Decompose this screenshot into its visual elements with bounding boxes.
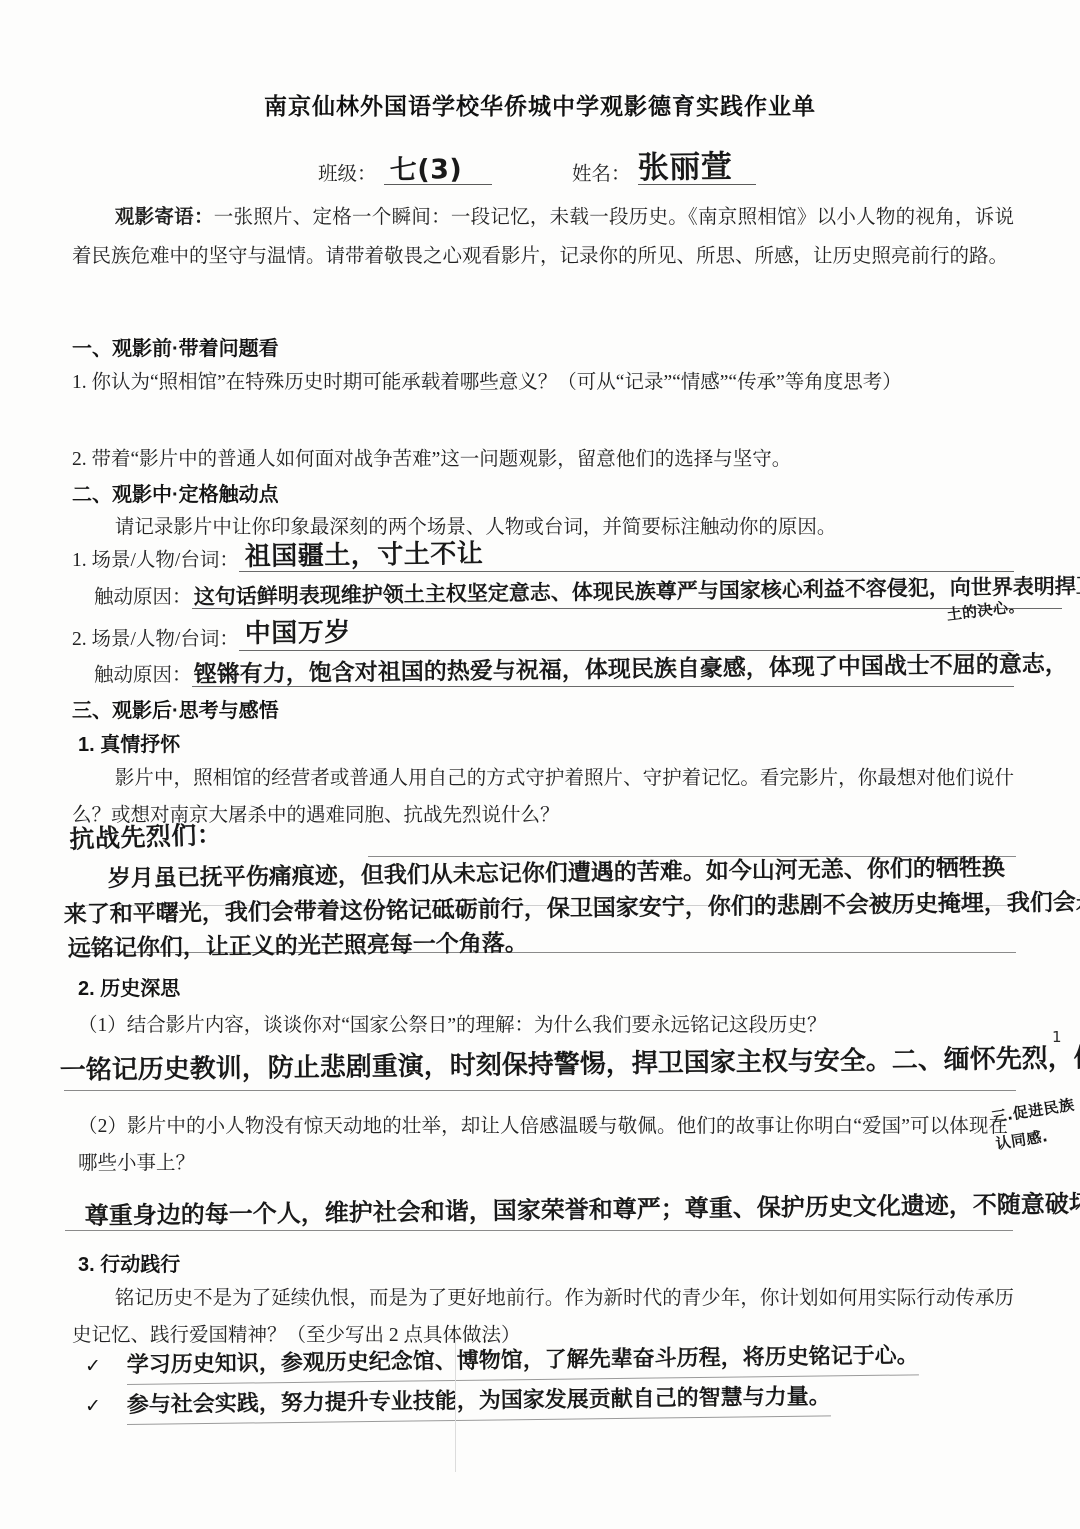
scene1-row: 1. 场景/人物/台词： 祖国疆土，寸土不让	[72, 541, 1014, 572]
name-blank: 张丽萱	[638, 144, 756, 185]
page-title: 南京仙林外国语学校华侨城中学观影德育实践作业单	[0, 88, 1080, 121]
scene2-answer-handwritten: 中国万岁	[244, 612, 350, 650]
reason2-label: 触动原因：	[94, 659, 192, 687]
reason1-row: 触动原因： 这句话鲜明表现维护领土主权坚定意志、体现民族尊严与国家核心利益不容侵…	[94, 578, 1062, 609]
sub2-heading: 2. 历史深思	[78, 972, 180, 1001]
checkmark-icon: ✓	[85, 1355, 101, 1377]
foreword-label: 观影寄语：	[115, 207, 214, 228]
foreword-text: 一张照片、定格一个瞬间：一段记忆，未载一段历史。《南京照相馆》以小人物的视角，诉…	[72, 207, 1014, 267]
scene1-answer-handwritten: 祖国疆土，寸土不让	[244, 533, 483, 573]
section1-item2: 2. 带着“影片中的普通人如何面对战争苦难”这一问题观影，留意他们的选择与坚守。	[72, 440, 1014, 479]
reason2-answer-handwritten: 铿锵有力，饱含对祖国的热爱与祝福，体现民族自豪感，体现了中国战士不屈的意志，	[193, 645, 1067, 689]
class-blank: 七(3)	[384, 150, 492, 185]
section2-heading: 二、观影中·定格触动点	[72, 478, 279, 507]
class-value-handwritten: 七(3)	[390, 147, 463, 187]
checkmark-icon: ✓	[85, 1395, 101, 1417]
class-label: 班级：	[318, 158, 377, 186]
section3-heading: 三、观影后·思考与感悟	[72, 694, 279, 723]
section1-item1: 1. 你认为“照相馆”在特殊历史时期可能承载着哪些意义？（可从“记录”“情感”“…	[72, 364, 1014, 402]
sub1-salutation-handwritten: 抗战先烈们：	[69, 815, 223, 856]
reason1-label: 触动原因：	[94, 581, 192, 609]
sub2-answer2-handwritten: 尊重身边的每一个人，维护社会和谐，国家荣誉和尊严；尊重、保护历史文化遗迹，不随意…	[85, 1184, 1080, 1231]
reason1-blank: 这句话鲜明表现维护领土主权坚定意志、体现民族尊严与国家核心利益不容侵犯，向世界表…	[192, 578, 1062, 609]
sub1-answer-line3-handwritten: 远铭记你们，让正义的光芒照亮每一个角落。	[68, 924, 528, 963]
reason2-blank: 铿锵有力，饱含对祖国的热爱与祝福，体现民族自豪感，体现了中国战士不屈的意志，	[192, 656, 1014, 687]
sub2-question2: （2）影片中的小人物没有惊天动地的壮举，却让人倍感温暖与敬佩。他们的故事让你明白…	[78, 1108, 1008, 1182]
sub1-heading: 1. 真情抒怀	[78, 728, 180, 757]
name-value-handwritten: 张丽萱	[637, 141, 732, 187]
sub2-margin-note-handwritten: 三.促进民族认同感.	[990, 1091, 1080, 1158]
worksheet-page: 南京仙林外国语学校华侨城中学观影德育实践作业单 班级： 七(3) 姓名： 张丽萱…	[0, 0, 1080, 1529]
scene2-label: 2. 场景/人物/台词：	[72, 623, 239, 651]
scan-fold-line	[455, 1332, 456, 1472]
reason2-row: 触动原因： 铿锵有力，饱含对祖国的热爱与祝福，体现民族自豪感，体现了中国战士不屈…	[94, 656, 1014, 687]
scene1-blank: 祖国疆土，寸土不让	[239, 541, 1014, 572]
answer-rule-5	[65, 1230, 1013, 1231]
action2-handwritten: 参与社会实践，努力提升专业技能，为国家发展贡献自己的智慧与力量。	[126, 1379, 830, 1425]
sub3-heading: 3. 行动践行	[78, 1248, 180, 1277]
scene2-row: 2. 场景/人物/台词： 中国万岁	[72, 620, 1014, 651]
section1-heading: 一、观影前·带着问题看	[72, 332, 279, 361]
name-label: 姓名：	[572, 158, 631, 186]
scene1-label: 1. 场景/人物/台词：	[72, 544, 239, 572]
answer-rule-4	[64, 1090, 1016, 1091]
action-item-2: ✓ 参与社会实践，努力提升专业技能，为国家发展贡献自己的智慧与力量。	[85, 1388, 831, 1425]
foreword-paragraph: 观影寄语：一张照片、定格一个瞬间：一段记忆，未载一段历史。《南京照相馆》以小人物…	[72, 198, 1014, 276]
scene2-blank: 中国万岁	[239, 620, 1014, 651]
